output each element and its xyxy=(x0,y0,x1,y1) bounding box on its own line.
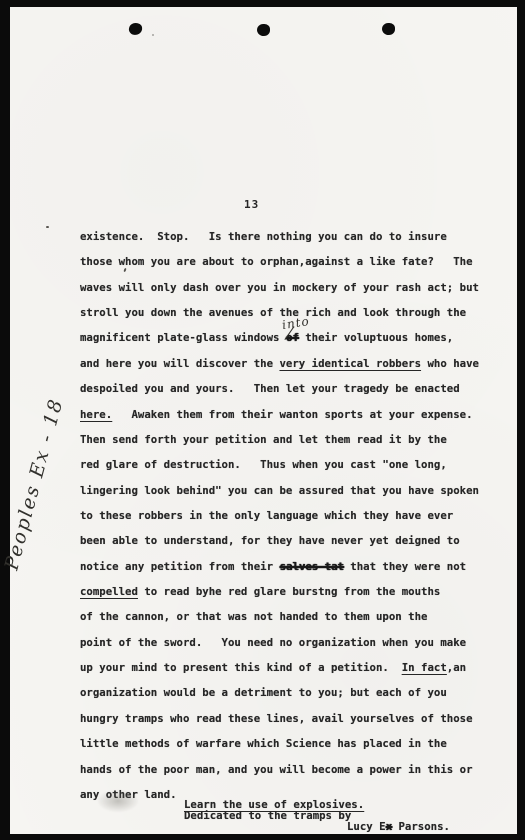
typed-text: point of the sword. You need no organiza… xyxy=(80,636,466,649)
struck-out-text: salves tat xyxy=(279,560,343,573)
typed-line: up your mind to present this kind of a p… xyxy=(80,655,492,680)
typed-text: hungry tramps who read these lines, avai… xyxy=(80,712,473,725)
typed-text: waves will only dash over you in mockery… xyxy=(80,281,479,294)
typed-text: organization would be a detriment to you… xyxy=(80,686,447,699)
underlined-text: here. xyxy=(80,408,112,421)
ink-smudge xyxy=(96,789,140,813)
typed-text: to these robbers in the only language wh… xyxy=(80,509,453,522)
scanned-document-page: 13 Peoples Ex - 18 existence. Stop. Is t… xyxy=(0,0,525,840)
page-number: 13 xyxy=(244,198,259,211)
struck-out-text: ofinto xyxy=(286,331,299,344)
typed-text: Then send forth your petition and let th… xyxy=(80,433,447,446)
scan-speck xyxy=(152,34,154,36)
typed-text: that they were not xyxy=(344,560,466,573)
typed-line: despoiled you and yours. Then let your t… xyxy=(80,376,492,401)
typed-text: little methods of warfare which Science … xyxy=(80,737,447,750)
typed-line: lingering look behind" you can be assure… xyxy=(80,478,492,503)
typed-text: existence. Stop. Is there nothing you ca… xyxy=(80,230,447,243)
typed-text: been able to understand, for they have n… xyxy=(80,534,460,547)
typed-line: notice any petition from their salves ta… xyxy=(80,554,492,579)
typed-line: hungry tramps who read these lines, avai… xyxy=(80,706,492,731)
punch-hole-dot xyxy=(257,24,270,36)
handwritten-insert: into xyxy=(281,315,310,331)
typed-text: ,an xyxy=(447,661,466,674)
typed-line: to these robbers in the only language wh… xyxy=(80,503,492,528)
typed-text: up your mind to present this kind of a p… xyxy=(80,661,402,674)
typed-text: and here you will discover the xyxy=(80,357,279,370)
typed-line: red glare of destruction. Thus when you … xyxy=(80,452,492,477)
typed-text: red glare of destruction. Thus when you … xyxy=(80,458,447,471)
typed-line: little methods of warfare which Science … xyxy=(80,731,492,756)
typed-text: of the cannon, or that was not handed to… xyxy=(80,610,427,623)
typed-text: hands of the poor man, and you will beco… xyxy=(80,763,473,776)
typed-line: been able to understand, for they have n… xyxy=(80,528,492,553)
typed-text: those whom you are about to orphan,again… xyxy=(80,255,473,268)
typed-text: notice any petition from their xyxy=(80,560,279,573)
footer-dedication: Learn the use of explosives. Dedicated t… xyxy=(184,799,450,832)
typed-line: magnificent plate-glass windows ofinto t… xyxy=(80,325,492,350)
scan-speck xyxy=(46,226,49,228)
signature-struck-char: x xyxy=(386,820,392,833)
typed-text: magnificent plate-glass windows xyxy=(80,331,286,344)
typed-text: Awaken them from their wanton sports at … xyxy=(112,408,472,421)
typed-line: existence. Stop. Is there nothing you ca… xyxy=(80,224,492,249)
typed-line: Then send forth your petition and let th… xyxy=(80,427,492,452)
signature: Lucy Ex Parsons. xyxy=(347,821,450,832)
underlined-text: In fact xyxy=(402,661,447,674)
typed-text: despoiled you and yours. Then let your t… xyxy=(80,382,460,395)
typed-body: existence. Stop. Is there nothing you ca… xyxy=(80,224,492,807)
typed-line: hands of the poor man, and you will beco… xyxy=(80,757,492,782)
typed-line: waves will only dash over you in mockery… xyxy=(80,275,492,300)
typed-text: to read byhe red glare burstng from the … xyxy=(138,585,440,598)
signature-text: Lucy E xyxy=(347,820,386,833)
typed-line: and here you will discover the very iden… xyxy=(80,351,492,376)
underlined-text: very identical robbers xyxy=(279,357,421,370)
typed-line: compelled to read byhe red glare burstng… xyxy=(80,579,492,604)
typed-line: organization would be a detriment to you… xyxy=(80,680,492,705)
typed-line: those whom you are about to orphan,again… xyxy=(80,249,492,274)
typed-text: stroll you down the avenues of the rich … xyxy=(80,306,466,319)
signature-text: Parsons. xyxy=(392,820,450,833)
typed-line: of the cannon, or that was not handed to… xyxy=(80,604,492,629)
typed-text: lingering look behind" you can be assure… xyxy=(80,484,479,497)
typed-line: point of the sword. You need no organiza… xyxy=(80,630,492,655)
typed-text: their voluptuous homes, xyxy=(299,331,453,344)
punch-hole-dot xyxy=(382,23,395,35)
typed-text: who have xyxy=(421,357,479,370)
underlined-text: compelled xyxy=(80,585,138,598)
typed-line: here. Awaken them from their wanton spor… xyxy=(80,402,492,427)
